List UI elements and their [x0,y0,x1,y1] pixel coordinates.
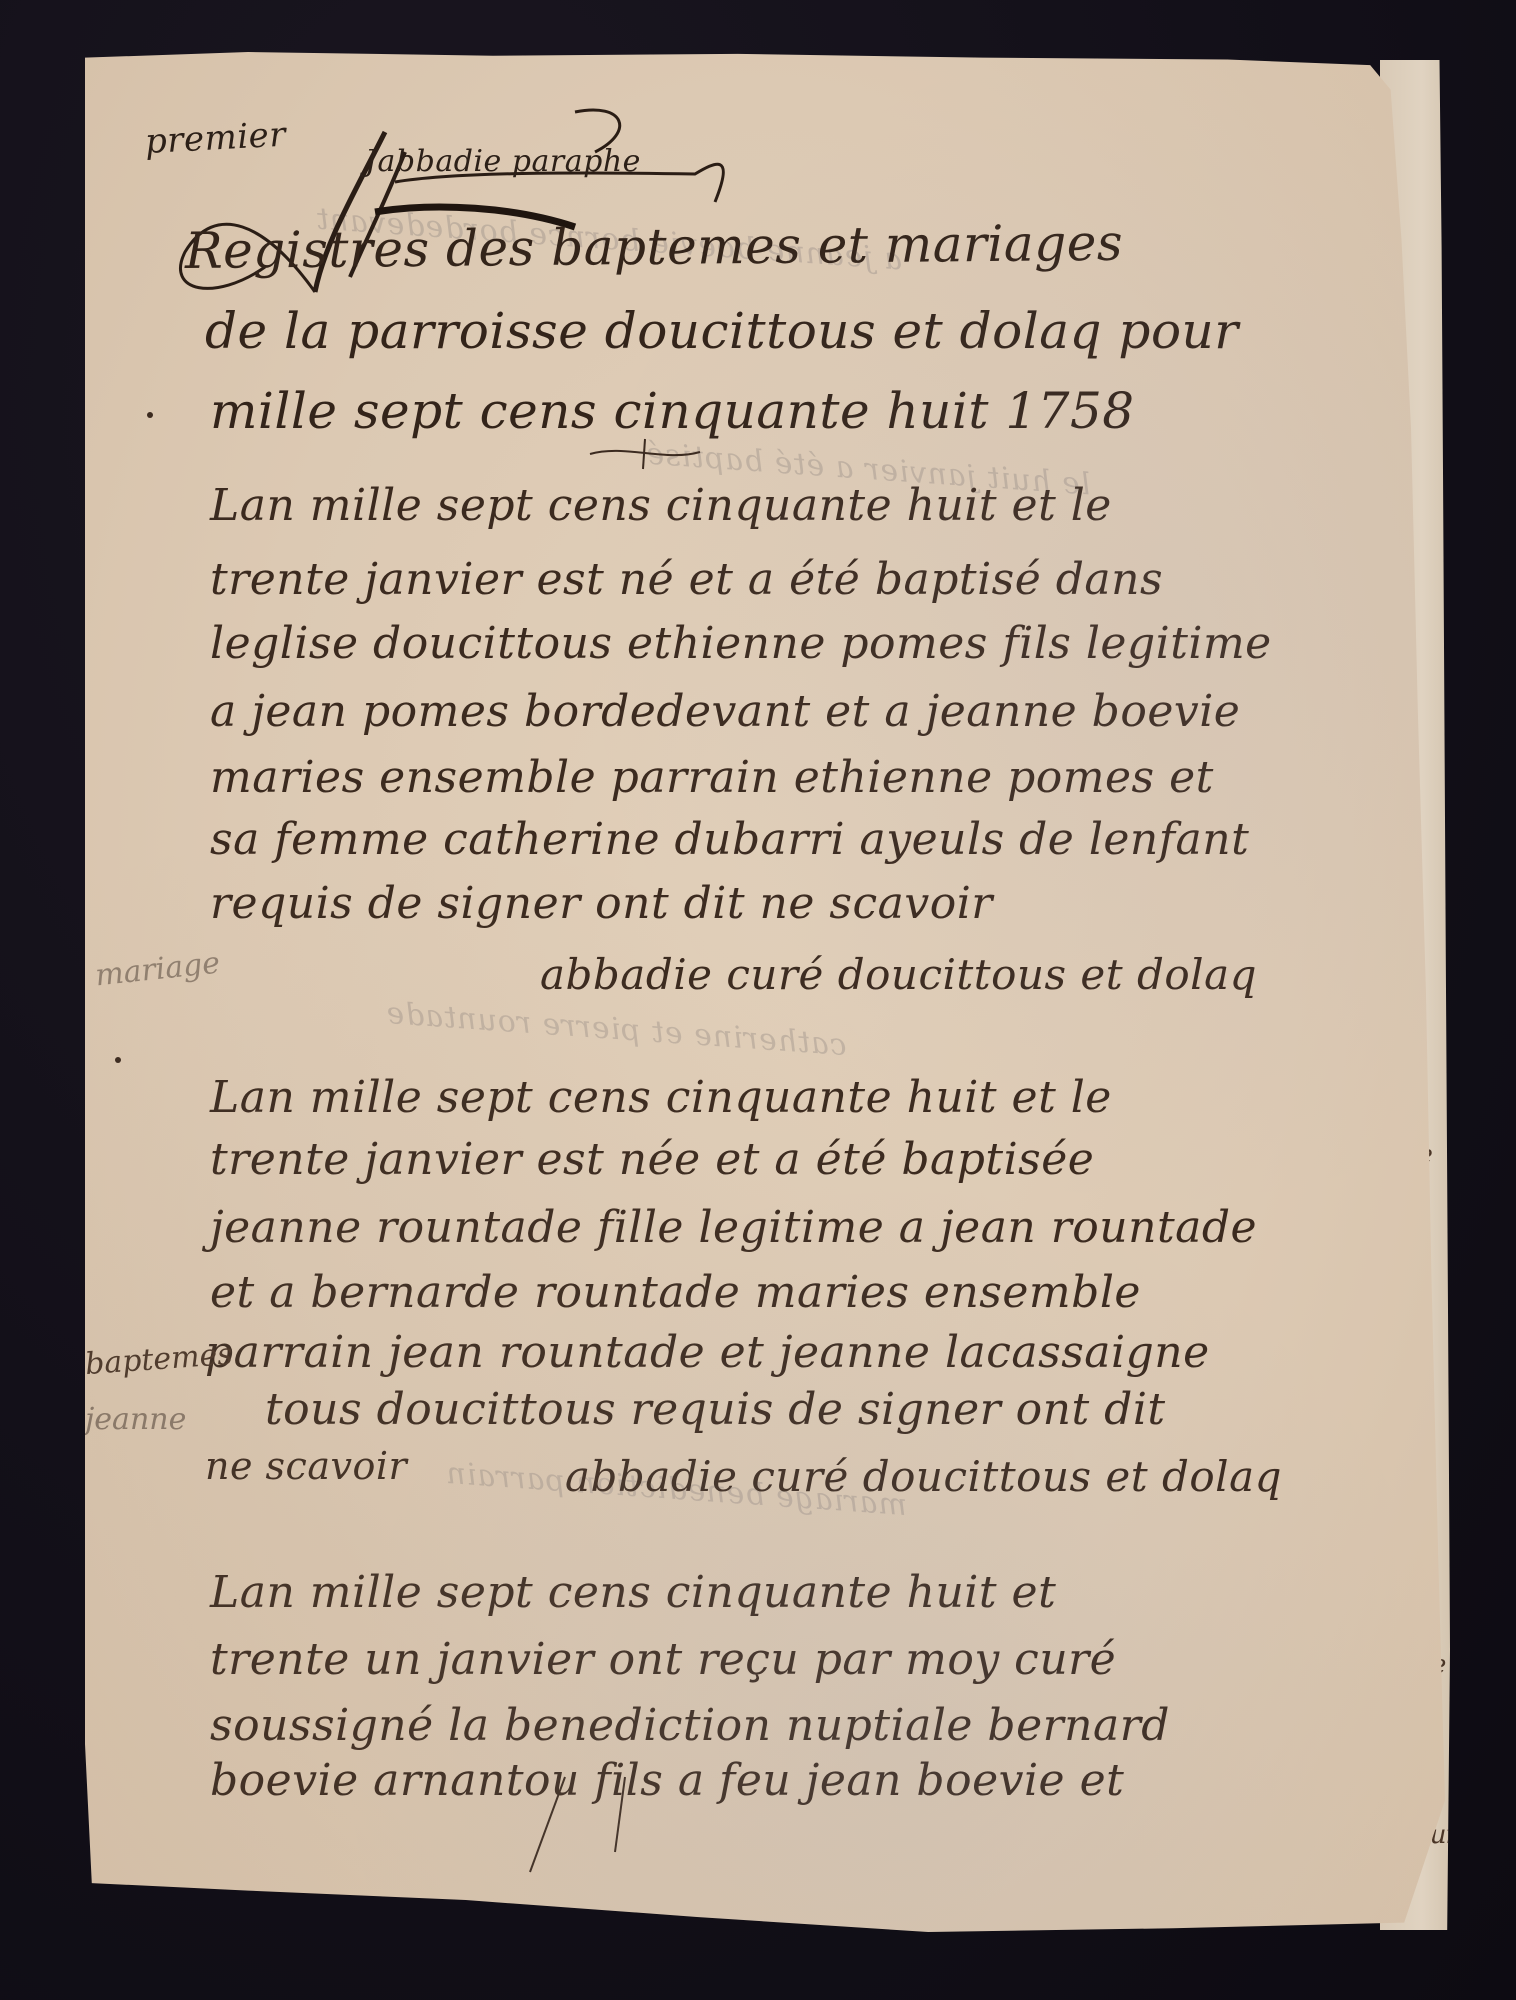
margin-note: mariage [94,946,222,994]
entry-1-line: requis de signer ont dit ne scavoir [210,878,993,929]
entry-2-signature: abbadie curé doucittous et dolaq [565,1452,1282,1501]
entry-1-line: maries ensemble parrain ethienne pomes e… [210,752,1214,803]
entry-3-line: trente un janvier ont reçu par moy curé [210,1634,1116,1685]
entry-3-line: Lan mille sept cens cinquante huit et [210,1567,1056,1618]
ink-dot [115,1057,121,1063]
ink-dot [147,412,153,418]
entry-1-line: Lan mille sept cens cinquante huit et le [210,480,1112,531]
entry-2-line: et a bernarde rountade maries ensemble [210,1267,1141,1318]
margin-note: jeanne [85,1402,186,1437]
cross-mark-icon [585,434,705,474]
entry-1-line: sa femme catherine dubarri ayeuls de len… [210,814,1249,865]
entry-1-line: a jean pomes bordedevant et a jeanne boe… [210,686,1240,737]
descender-stroke-icon [525,1772,645,1882]
paraph-text: Jabbadie paraphe [365,144,641,179]
entry-2-line: tous doucittous requis de signer ont dit [265,1384,1166,1435]
entry-1-line: leglise doucittous ethienne pomes fils l… [210,618,1272,669]
paraph-flourish-icon [155,92,855,332]
register-title-line-1: Registres des baptemes et mariages [185,214,1123,280]
register-title-line-3: mille sept cens cinquante huit 1758 [210,382,1135,440]
entry-2-line: trente janvier est née et a été baptisée [210,1134,1094,1185]
entry-2-line: jeanne rountade fille legitime a jean ro… [210,1202,1257,1253]
entry-3-line: soussigné la benediction nuptiale bernar… [210,1700,1170,1751]
manuscript-page: a jeanne boevie bornce bordedevant le hu… [85,52,1445,1932]
register-title-line-2: de la parroisse doucittous et dolaq pour [205,302,1239,360]
entry-1-line: trente janvier est né et a été baptisé d… [210,554,1163,605]
entry-2-line: parrain jean rountade et jeanne lacassai… [205,1327,1210,1378]
entry-2-line: ne scavoir [205,1444,407,1488]
entry-3-line: boevie arnantou fils a feu jean boevie e… [210,1755,1124,1806]
entry-1-signature: abbadie curé doucittous et dolaq [540,950,1257,999]
bleed-through-text: catherine et pierre rountade [384,996,848,1063]
entry-2-line: Lan mille sept cens cinquante huit et le [210,1072,1112,1123]
